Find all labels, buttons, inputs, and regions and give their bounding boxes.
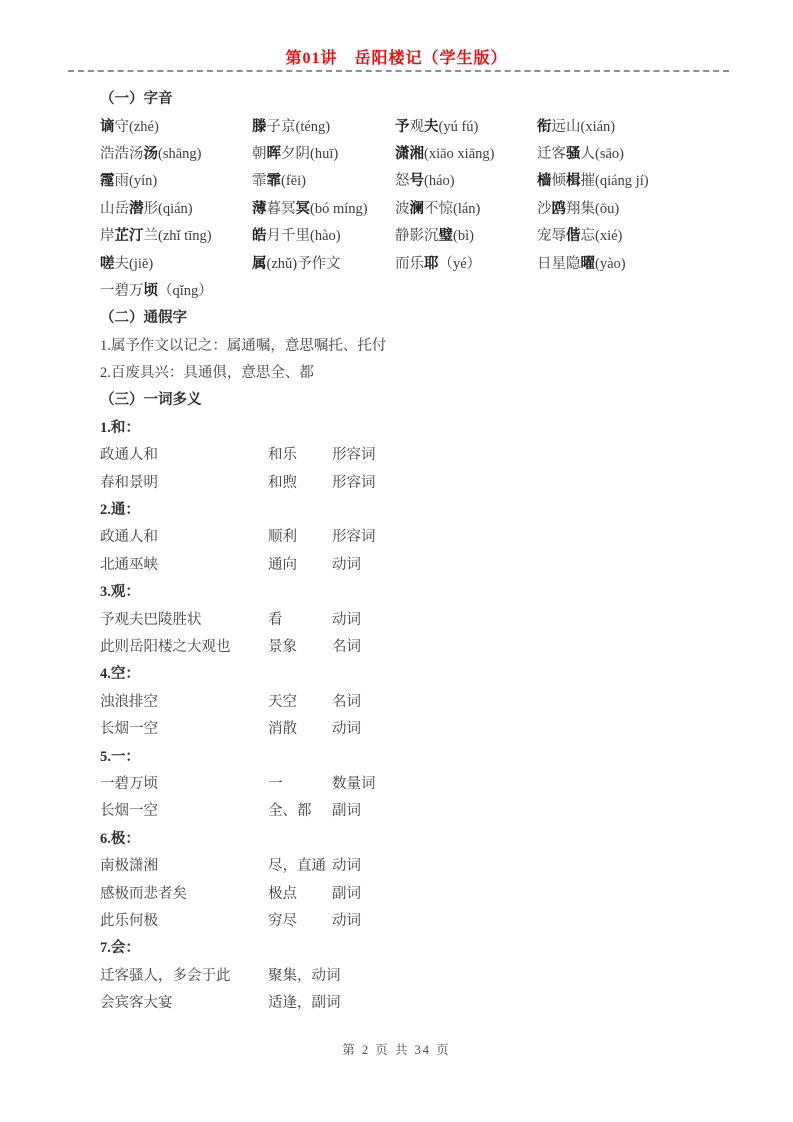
- phonetic-item: 迁客骚人(sāo): [537, 142, 733, 163]
- phonetic-item: 朝晖夕阴(huī): [252, 142, 395, 163]
- polysemy-row: 长烟一空 消散 动词: [100, 714, 733, 741]
- polysemy-phrase: 予观夫巴陵胜状: [100, 608, 268, 629]
- polysemy-row: 感极而悲者矣 极点 副词: [100, 878, 733, 905]
- polysemy-phrase: 政通人和: [100, 443, 268, 464]
- phonetic-item: 岸芷汀兰(zhǐ tīng): [100, 224, 252, 245]
- phonetic-item: 衔远山(xián): [537, 115, 733, 136]
- phonetic-item: 一碧万顷（qǐng）: [100, 279, 213, 300]
- polysemy-phrase: 浊浪排空: [100, 690, 268, 711]
- phonetic-item: 樯倾楫摧(qiáng jí): [537, 169, 733, 190]
- section-heading-polysemy: （三）一词多义: [100, 385, 733, 412]
- note-item: 2.百废具兴：具通俱，意思全、都: [100, 358, 733, 385]
- polysemy-pos: 形容词: [332, 471, 376, 492]
- polysemy-meaning: 适逢，副词: [268, 991, 341, 1012]
- phonetics-row: 岸芷汀兰(zhǐ tīng) 皓月千里(hào) 静影沉璧(bì) 宠辱偕忘(x…: [100, 221, 733, 248]
- polysemy-phrase: 一碧万顷: [100, 772, 268, 793]
- polysemy-row: 政通人和 和乐 形容词: [100, 440, 733, 467]
- polysemy-phrase: 春和景明: [100, 471, 268, 492]
- phonetics-row: 嗟夫(jiē) 属(zhǔ)予作文 而乐耶（yé） 日星隐曜(yào): [100, 248, 733, 275]
- polysemy-meaning: 和乐: [268, 443, 332, 464]
- polysemy-row: 此乐何极 穷尽 动词: [100, 906, 733, 933]
- polysemy-phrase: 此则岳阳楼之大观也: [100, 635, 268, 656]
- polysemy-meaning: 消散: [268, 717, 332, 738]
- section-heading-tongjiazi: （二）通假字: [100, 303, 733, 330]
- polysemy-meaning: 天空: [268, 690, 332, 711]
- polysemy-pos: 名词: [332, 690, 361, 711]
- phonetics-row: 浩浩汤汤(shāng) 朝晖夕阴(huī) 潇湘(xiāo xiāng) 迁客骚…: [100, 139, 733, 166]
- phonetic-item: 日星隐曜(yào): [537, 252, 733, 273]
- phonetic-item: 予观夫(yú fú): [395, 115, 537, 136]
- polysemy-phrase: 迁客骚人，多会于此: [100, 964, 268, 985]
- phonetic-item: 霪雨(yín): [100, 169, 252, 190]
- polysemy-row: 浊浪排空 天空 名词: [100, 687, 733, 714]
- page-title: 第01讲 岳阳楼记（学生版）: [0, 45, 793, 68]
- phonetic-item: 沙鸥翔集(ōu): [537, 197, 733, 218]
- polysemy-group-label: 3.观：: [100, 577, 733, 604]
- phonetic-item: 谪守(zhé): [100, 115, 252, 136]
- polysemy-row: 南极潇湘 尽，直通 动词: [100, 851, 733, 878]
- phonetic-item: 宠辱偕忘(xié): [537, 224, 733, 245]
- polysemy-group-label: 4.空：: [100, 659, 733, 686]
- polysemy-pos: 副词: [332, 799, 361, 820]
- polysemy-row: 予观夫巴陵胜状 看 动词: [100, 604, 733, 631]
- polysemy-pos: 动词: [332, 553, 361, 574]
- phonetics-row: 一碧万顷（qǐng）: [100, 276, 733, 303]
- phonetic-item: 属(zhǔ)予作文: [252, 252, 395, 273]
- polysemy-meaning: 通向: [268, 553, 332, 574]
- phonetics-row: 山岳潜形(qián) 薄暮冥冥(bó míng) 波澜不惊(lán) 沙鸥翔集(…: [100, 194, 733, 221]
- polysemy-row: 政通人和 顺利 形容词: [100, 522, 733, 549]
- polysemy-meaning: 一: [268, 772, 332, 793]
- title-divider: [68, 70, 729, 72]
- polysemy-meaning: 和煦: [268, 471, 332, 492]
- polysemy-meaning: 穷尽: [268, 909, 332, 930]
- phonetic-item: 山岳潜形(qián): [100, 197, 252, 218]
- phonetic-item: 嗟夫(jiē): [100, 252, 252, 273]
- polysemy-meaning: 景象: [268, 635, 332, 656]
- polysemy-phrase: 政通人和: [100, 525, 268, 546]
- polysemy-row: 会宾客大宴 适逢，副词: [100, 988, 733, 1015]
- polysemy-pos: 动词: [332, 854, 361, 875]
- phonetic-item: 潇湘(xiāo xiāng): [395, 142, 537, 163]
- polysemy-group-label: 2.通：: [100, 495, 733, 522]
- polysemy-row: 一碧万顷 一 数量词: [100, 769, 733, 796]
- phonetic-item: 怒号(háo): [395, 169, 537, 190]
- polysemy-meaning: 看: [268, 608, 332, 629]
- polysemy-meaning: 尽，直通: [268, 854, 332, 875]
- polysemy-meaning: 聚集，动词: [268, 964, 341, 985]
- phonetic-item: 静影沉璧(bì): [395, 224, 537, 245]
- polysemy-phrase: 感极而悲者矣: [100, 882, 268, 903]
- polysemy-meaning: 顺利: [268, 525, 332, 546]
- polysemy-phrase: 此乐何极: [100, 909, 268, 930]
- phonetic-item: 霏霏(fēi): [252, 169, 395, 190]
- phonetic-item: 皓月千里(hào): [252, 224, 395, 245]
- polysemy-pos: 动词: [332, 608, 361, 629]
- polysemy-pos: 形容词: [332, 525, 376, 546]
- polysemy-row: 北通巫峡 通向 动词: [100, 550, 733, 577]
- document-body: （一）字音 谪守(zhé) 滕子京(téng) 予观夫(yú fú) 衔远山(x…: [100, 84, 733, 1015]
- phonetic-item: 而乐耶（yé）: [395, 252, 537, 273]
- polysemy-group-label: 5.一：: [100, 741, 733, 768]
- phonetics-row: 谪守(zhé) 滕子京(téng) 予观夫(yú fú) 衔远山(xián): [100, 111, 733, 138]
- polysemy-phrase: 长烟一空: [100, 717, 268, 738]
- polysemy-phrase: 南极潇湘: [100, 854, 268, 875]
- polysemy-group-label: 6.极：: [100, 824, 733, 851]
- phonetics-row: 霪雨(yín) 霏霏(fēi) 怒号(háo) 樯倾楫摧(qiáng jí): [100, 166, 733, 193]
- polysemy-phrase: 长烟一空: [100, 799, 268, 820]
- polysemy-phrase: 会宾客大宴: [100, 991, 268, 1012]
- polysemy-row: 迁客骚人，多会于此 聚集，动词: [100, 961, 733, 988]
- polysemy-pos: 名词: [332, 635, 361, 656]
- phonetic-item: 滕子京(téng): [252, 115, 395, 136]
- polysemy-group-label: 7.会：: [100, 933, 733, 960]
- polysemy-pos: 动词: [332, 909, 361, 930]
- polysemy-meaning: 全、都: [268, 799, 332, 820]
- polysemy-row: 春和景明 和煦 形容词: [100, 467, 733, 494]
- page-footer: 第 2 页 共 34 页: [0, 1040, 793, 1058]
- polysemy-meaning: 极点: [268, 882, 332, 903]
- phonetic-item: 浩浩汤汤(shāng): [100, 142, 252, 163]
- phonetic-item: 波澜不惊(lán): [395, 197, 537, 218]
- section-heading-phonetics: （一）字音: [100, 84, 733, 111]
- polysemy-pos: 形容词: [332, 443, 376, 464]
- note-item: 1.属予作文以记之：属通嘱，意思嘱托、托付: [100, 331, 733, 358]
- polysemy-group-label: 1.和：: [100, 413, 733, 440]
- polysemy-row: 长烟一空 全、都 副词: [100, 796, 733, 823]
- phonetics-table: 谪守(zhé) 滕子京(téng) 予观夫(yú fú) 衔远山(xián) 浩…: [100, 111, 733, 303]
- polysemy-phrase: 北通巫峡: [100, 553, 268, 574]
- polysemy-pos: 数量词: [332, 772, 376, 793]
- polysemy-pos: 副词: [332, 882, 361, 903]
- phonetic-item: 薄暮冥冥(bó míng): [252, 197, 395, 218]
- polysemy-row: 此则岳阳楼之大观也 景象 名词: [100, 632, 733, 659]
- polysemy-pos: 动词: [332, 717, 361, 738]
